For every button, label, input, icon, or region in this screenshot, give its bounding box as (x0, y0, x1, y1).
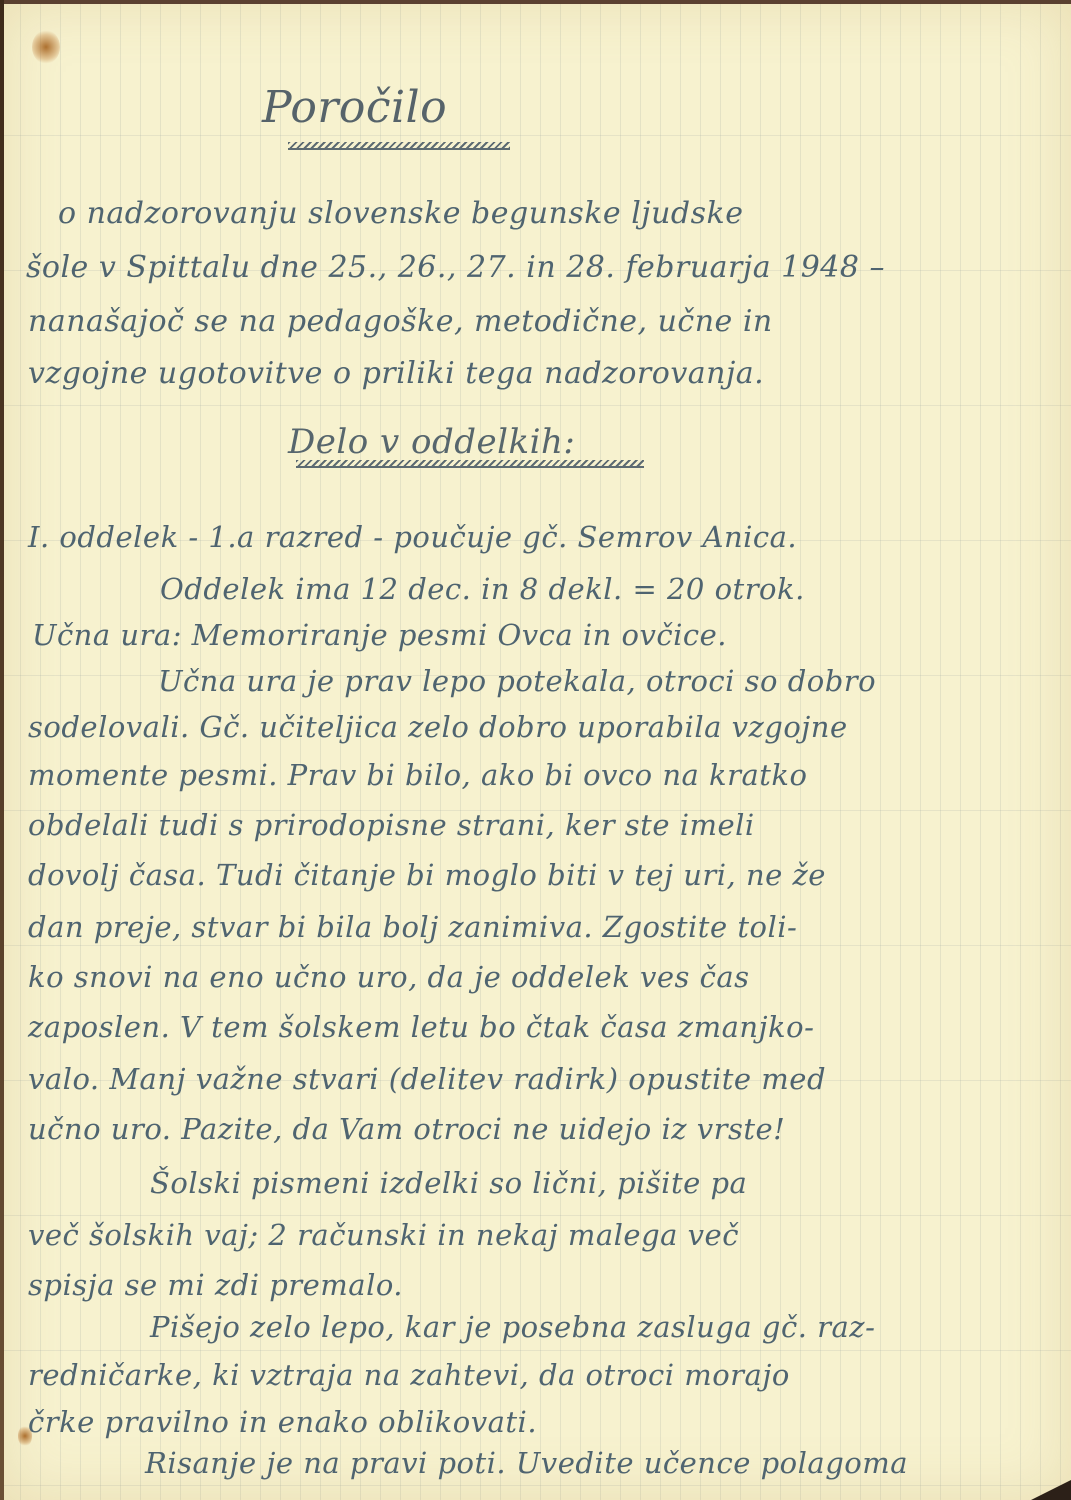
body-line: dovolj časa. Tudi čitanje bi moglo biti … (28, 858, 826, 892)
document-title: Poročilo (262, 82, 447, 133)
scan-edge-left (0, 0, 4, 1500)
intro-line: šole v Spittalu dne 25., 26., 27. in 28.… (26, 250, 885, 285)
body-line: dan preje, stvar bi bila bolj zanimiva. … (28, 910, 797, 944)
body-line: Pišejo zelo lepo, kar je posebna zasluga… (150, 1310, 875, 1344)
intro-line: nanašajoč se na pedagoške, metodične, uč… (28, 304, 773, 339)
body-line: valo. Manj važne stvari (delitev radirk)… (28, 1062, 826, 1096)
intro-line: vzgojne ugotovitve o priliki tega nadzor… (28, 356, 764, 391)
body-line: Učna ura je prav lepo potekala, otroci s… (158, 664, 876, 698)
body-line: zaposlen. V tem šolskem letu bo čtak čas… (28, 1010, 814, 1044)
lesson-title: Učna ura: Memoriranje pesmi Ovca in ovči… (32, 618, 727, 652)
body-line: več šolskih vaj; 2 računski in nekaj mal… (28, 1218, 739, 1252)
body-line: Risanje je na pravi poti. Uvedite učence… (145, 1446, 908, 1480)
body-line: sodelovali. Gč. učiteljica zelo dobro up… (28, 710, 848, 744)
intro-line: o nadzorovanju slovenske begunske ljudsk… (58, 196, 743, 231)
torn-corner (1031, 1480, 1071, 1500)
section-heading: Delo v oddelkih: (288, 422, 575, 462)
body-line: ko snovi na eno učno uro, da je oddelek … (28, 960, 750, 994)
title-underline (288, 142, 510, 150)
body-line: spisja se mi zdi premalo. (28, 1268, 403, 1302)
body-line: črke pravilno in enako oblikovati. (28, 1405, 537, 1439)
section-underline (296, 460, 644, 468)
body-line: obdelali tudi s prirodopisne strani, ker… (28, 808, 755, 842)
body-line: Šolski pismeni izdelki so lični, pišite … (150, 1166, 747, 1200)
body-line: učno uro. Pazite, da Vam otroci ne uidej… (28, 1112, 785, 1146)
class-header: I. oddelek - 1.a razred - poučuje gč. Se… (28, 520, 797, 554)
rust-stain-icon (32, 30, 60, 64)
document-page: Poročilo o nadzorovanju slovenske beguns… (0, 0, 1071, 1500)
body-line: momente pesmi. Prav bi bilo, ako bi ovco… (28, 758, 807, 792)
body-line: redničarke, ki vztraja na zahtevi, da ot… (28, 1358, 790, 1392)
class-info: Oddelek ima 12 dec. in 8 dekl. = 20 otro… (160, 572, 805, 606)
scan-edge-top (0, 0, 1071, 4)
